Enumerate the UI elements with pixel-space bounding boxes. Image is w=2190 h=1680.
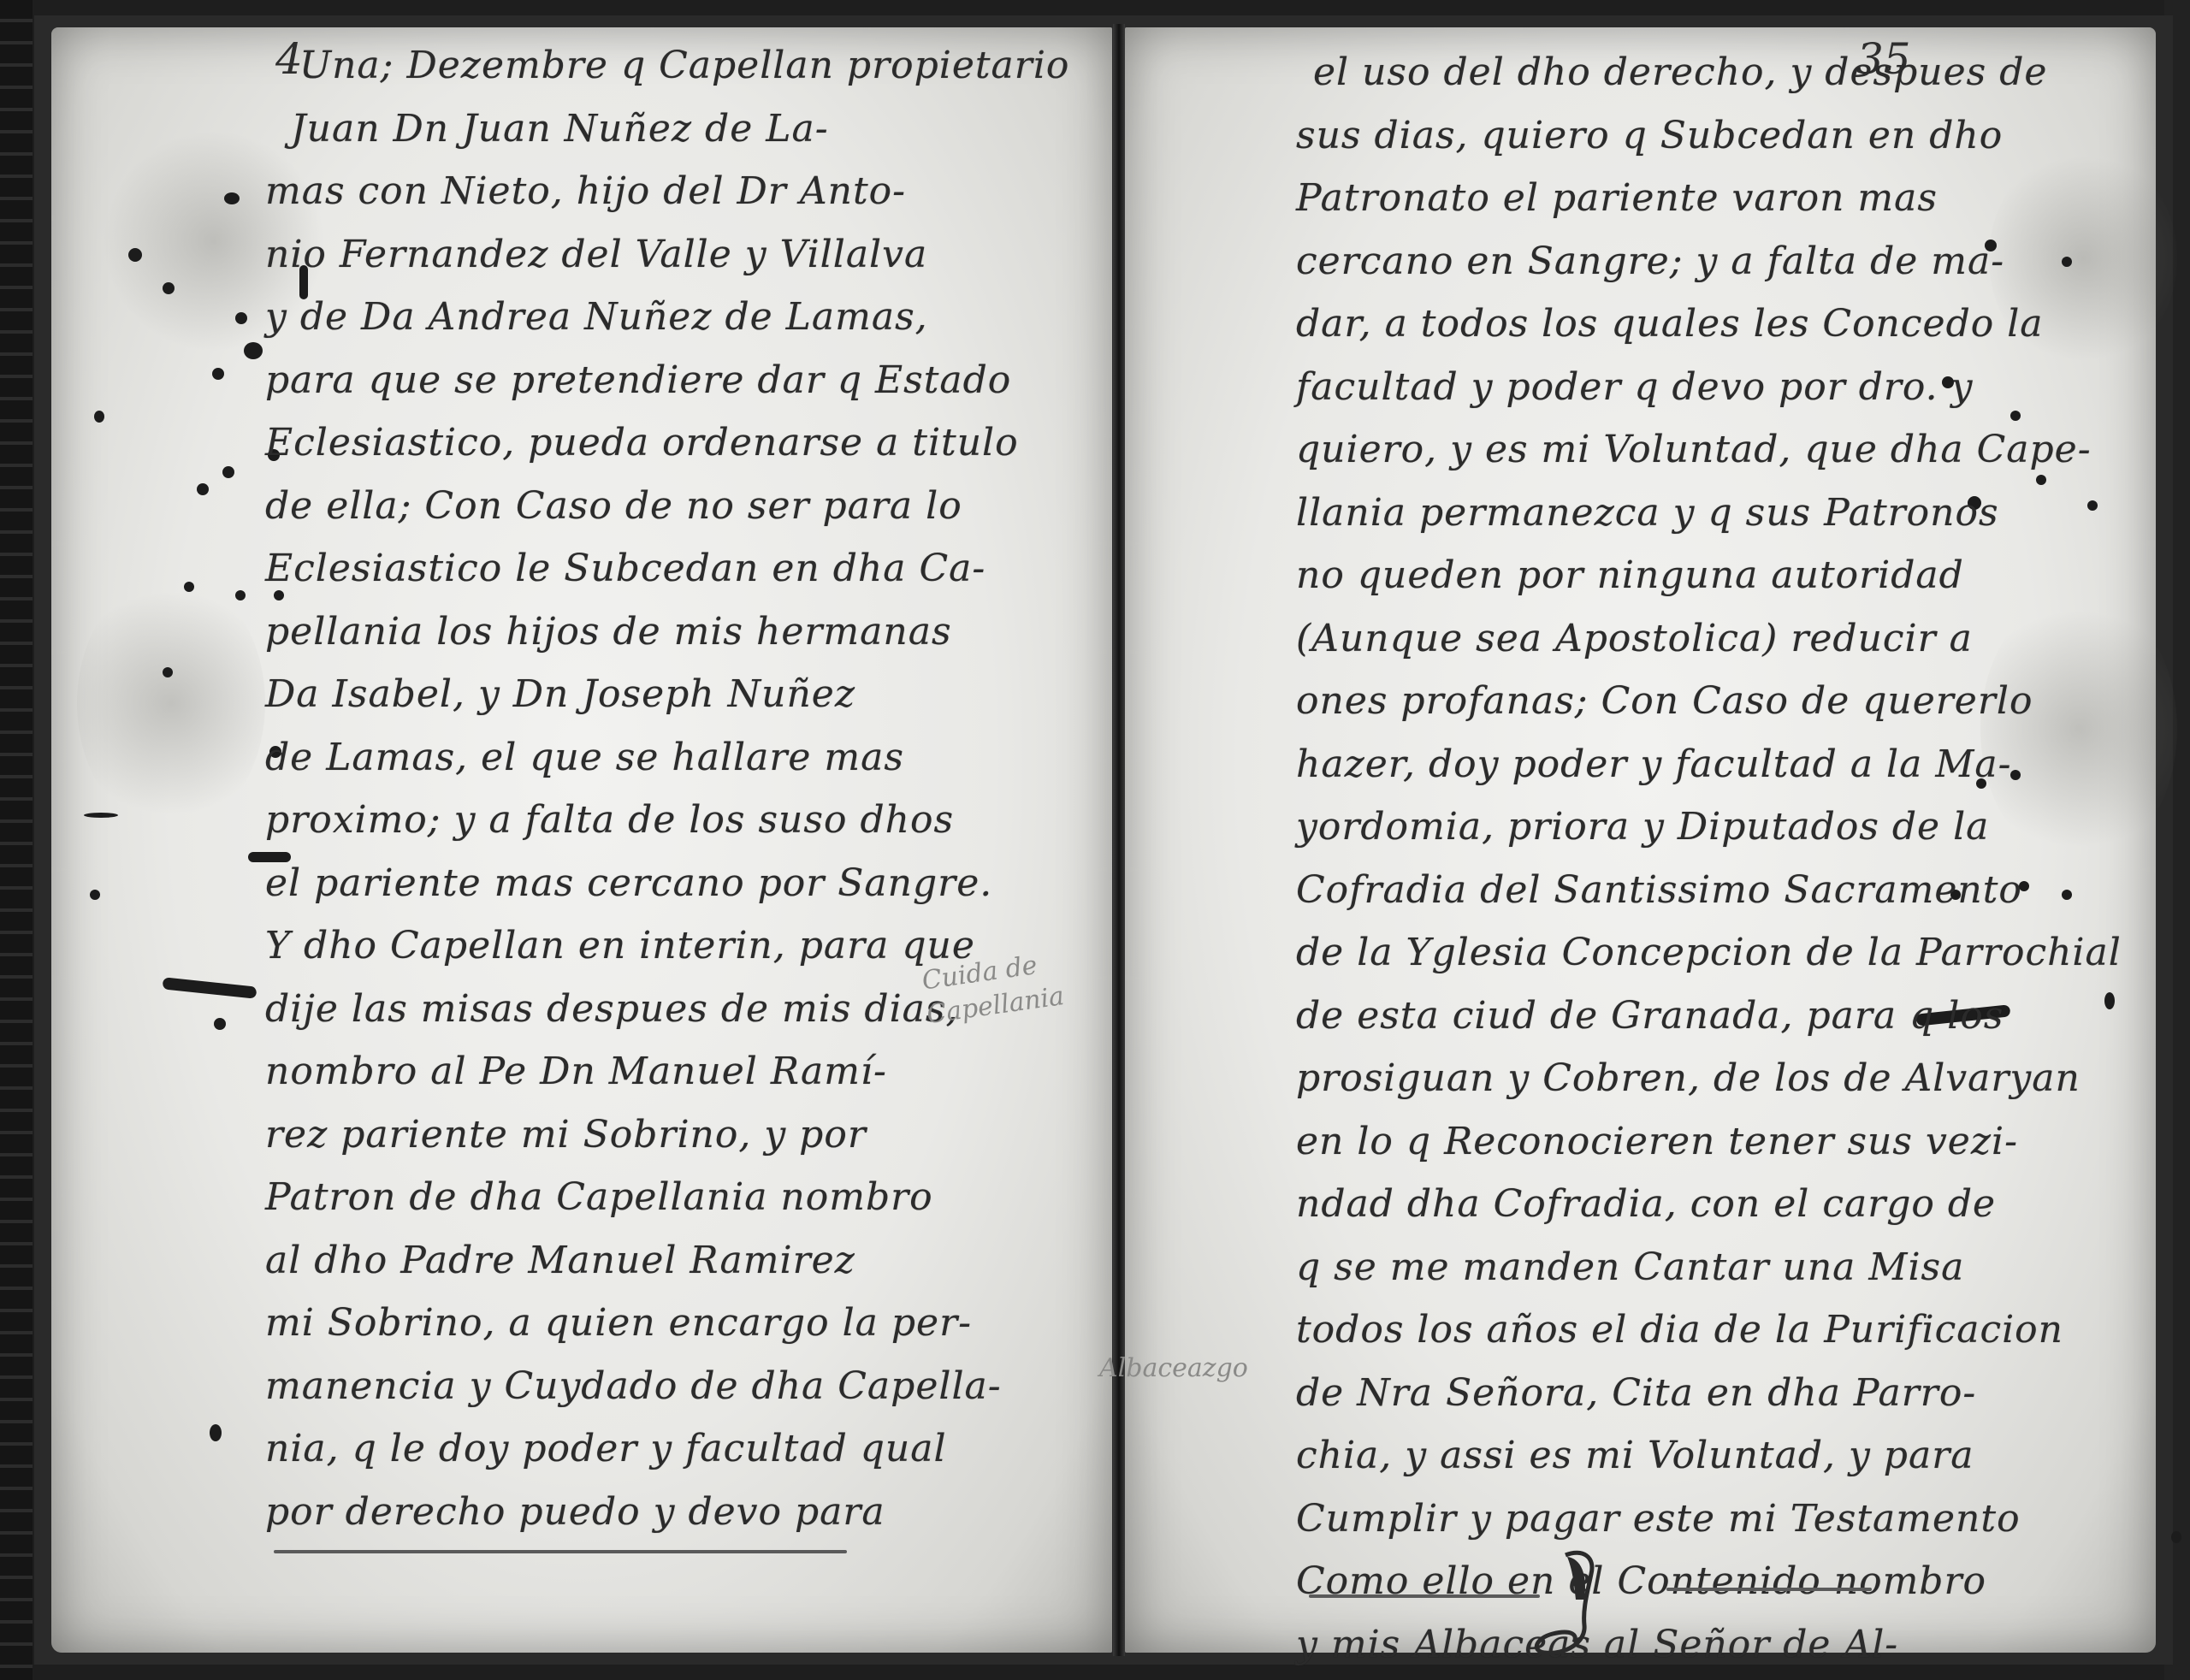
manuscript-line: el pariente mas cercano por Sangre. bbox=[265, 852, 864, 915]
manuscript-line: de esta ciud de Granada, para q los bbox=[1279, 985, 1929, 1048]
manuscript-line: dije las misas despues de mis dias, bbox=[265, 978, 864, 1041]
ink-dot bbox=[214, 1018, 226, 1030]
manuscript-line: mi Sobrino, a quien encargo la per- bbox=[265, 1292, 864, 1355]
ink-dot bbox=[2010, 411, 2021, 421]
book-gutter bbox=[1113, 24, 1125, 1656]
manuscript-line: Eclesiastico le Subcedan en dha Ca- bbox=[265, 537, 864, 600]
ink-dot bbox=[184, 582, 194, 592]
manuscript-line: (Aunque sea Apostolica) reducir a bbox=[1279, 607, 1929, 671]
manuscript-line: al dho Padre Manuel Ramirez bbox=[265, 1229, 864, 1293]
manuscript-line: nombro al Pe Dn Manuel Ramí- bbox=[265, 1040, 864, 1103]
ink-dot bbox=[210, 1424, 222, 1441]
manuscript-line: facultad y poder q devo por dro. y bbox=[1279, 356, 1929, 419]
manuscript-line: mas con Nieto, hijo del Dr Anto- bbox=[265, 160, 864, 223]
ink-dot bbox=[84, 813, 118, 818]
manuscript-line: ndad dha Cofradia, con el cargo de bbox=[1279, 1173, 1929, 1236]
left-page-text: Una; Dezembre q Capellan propietario Jua… bbox=[265, 34, 864, 1543]
manuscript-line: Patron de dha Capellania nombro bbox=[265, 1166, 864, 1229]
manuscript-line: quiero, y es mi Voluntad, que dha Cape- bbox=[1279, 418, 1929, 482]
ink-dot bbox=[128, 248, 142, 262]
manuscript-line: el uso del dho derecho, y despues de bbox=[1279, 41, 1929, 104]
ink-dot bbox=[2062, 890, 2072, 900]
manuscript-line: no queden por ninguna autoridad bbox=[1279, 544, 1929, 607]
closing-rule bbox=[1666, 1588, 1872, 1591]
manuscript-line: dar, a todos los quales les Concedo la bbox=[1279, 293, 1929, 356]
manuscript-line: chia, y assi es mi Voluntad, y para bbox=[1279, 1424, 1929, 1488]
ink-dot bbox=[212, 368, 224, 380]
closing-rule bbox=[274, 1550, 847, 1553]
ink-dot bbox=[235, 312, 247, 324]
manuscript-line: cercano en Sangre; y a falta de ma- bbox=[1279, 230, 1929, 293]
ink-dot bbox=[197, 483, 209, 495]
ink-dot bbox=[2062, 257, 2072, 267]
manuscript-line: Juan Dn Juan Nuñez de La- bbox=[265, 98, 864, 161]
manuscript-line: nio Fernandez del Valle y Villalva bbox=[265, 223, 864, 287]
manuscript-line: prosiguan y Cobren, de los de Alvaryan bbox=[1279, 1047, 1929, 1110]
manuscript-line: y de Da Andrea Nuñez de Lamas, bbox=[265, 286, 864, 349]
manuscript-line: pellania los hijos de mis hermanas bbox=[265, 600, 864, 664]
rubric-flourish-icon bbox=[1531, 1548, 1608, 1659]
ink-dot bbox=[163, 282, 175, 294]
manuscript-line: Y dho Capellan en interin, para que bbox=[265, 914, 864, 978]
manuscript-line: hazer, doy poder y facultad a la Ma- bbox=[1279, 733, 1929, 796]
manuscript-line: Patronato el pariente varon mas bbox=[1279, 167, 1929, 230]
manuscript-line: proximo; y a falta de los suso dhos bbox=[265, 789, 864, 852]
margin-note-right: Albaceazgo bbox=[1099, 1352, 1270, 1386]
ink-dot bbox=[90, 890, 100, 900]
ink-dot bbox=[2087, 500, 2098, 511]
manuscript-line: en lo q Reconocieren tener sus vezi- bbox=[1279, 1110, 1929, 1174]
manuscript-line: sus dias, quiero q Subcedan en dho bbox=[1279, 104, 1929, 168]
ink-dot bbox=[94, 411, 104, 423]
manuscript-line: de Nra Señora, Cita en dha Parro- bbox=[1279, 1362, 1929, 1425]
manuscript-line: por derecho puedo y devo para bbox=[265, 1481, 864, 1544]
manuscript-line: de la Yglesia Concepcion de la Parrochia… bbox=[1279, 921, 1929, 985]
water-stain bbox=[77, 575, 265, 831]
manuscript-line: manencia y Cuydado de dha Capella- bbox=[265, 1355, 864, 1418]
manuscript-line: Eclesiastico, pueda ordenarse a titulo bbox=[265, 411, 864, 475]
right-page-text: el uso del dho derecho, y despues de sus… bbox=[1279, 41, 1929, 1676]
ink-dot bbox=[2171, 1531, 2181, 1543]
manuscript-line: llania permanezca y q sus Patronos bbox=[1279, 482, 1929, 545]
ink-dot bbox=[2036, 475, 2046, 485]
manuscript-line: para que se pretendiere dar q Estado bbox=[265, 349, 864, 412]
manuscript-line: Cofradia del Santissimo Sacramento bbox=[1279, 859, 1929, 922]
manuscript-line: q se me manden Cantar una Misa bbox=[1279, 1236, 1929, 1299]
ink-dot bbox=[224, 192, 240, 204]
manuscript-line: Da Isabel, y Dn Joseph Nuñez bbox=[265, 663, 864, 726]
film-edge-left bbox=[0, 0, 33, 1680]
manuscript-line: Una; Dezembre q Capellan propietario bbox=[265, 34, 864, 98]
ink-dot bbox=[2104, 992, 2115, 1009]
manuscript-line: ones profanas; Con Caso de quererlo bbox=[1279, 670, 1929, 733]
ink-dot bbox=[235, 590, 246, 600]
manuscript-line: Cumplir y pagar este mi Testamento bbox=[1279, 1488, 1929, 1551]
manuscript-line: nia, q le doy poder y facultad qual bbox=[265, 1417, 864, 1481]
ink-dot bbox=[222, 466, 234, 478]
closing-rule bbox=[1309, 1594, 1540, 1598]
ink-dot bbox=[163, 667, 173, 677]
ink-dot bbox=[244, 342, 263, 359]
manuscript-line: todos los años el dia de la Purificacion bbox=[1279, 1298, 1929, 1362]
manuscript-line: de ella; Con Caso de no ser para lo bbox=[265, 475, 864, 538]
manuscript-line: de Lamas, el que se hallare mas bbox=[265, 726, 864, 790]
manuscript-line: rez pariente mi Sobrino, y por bbox=[265, 1103, 864, 1167]
manuscript-line: yordomia, priora y Diputados de la bbox=[1279, 796, 1929, 859]
water-stain bbox=[1980, 592, 2177, 866]
